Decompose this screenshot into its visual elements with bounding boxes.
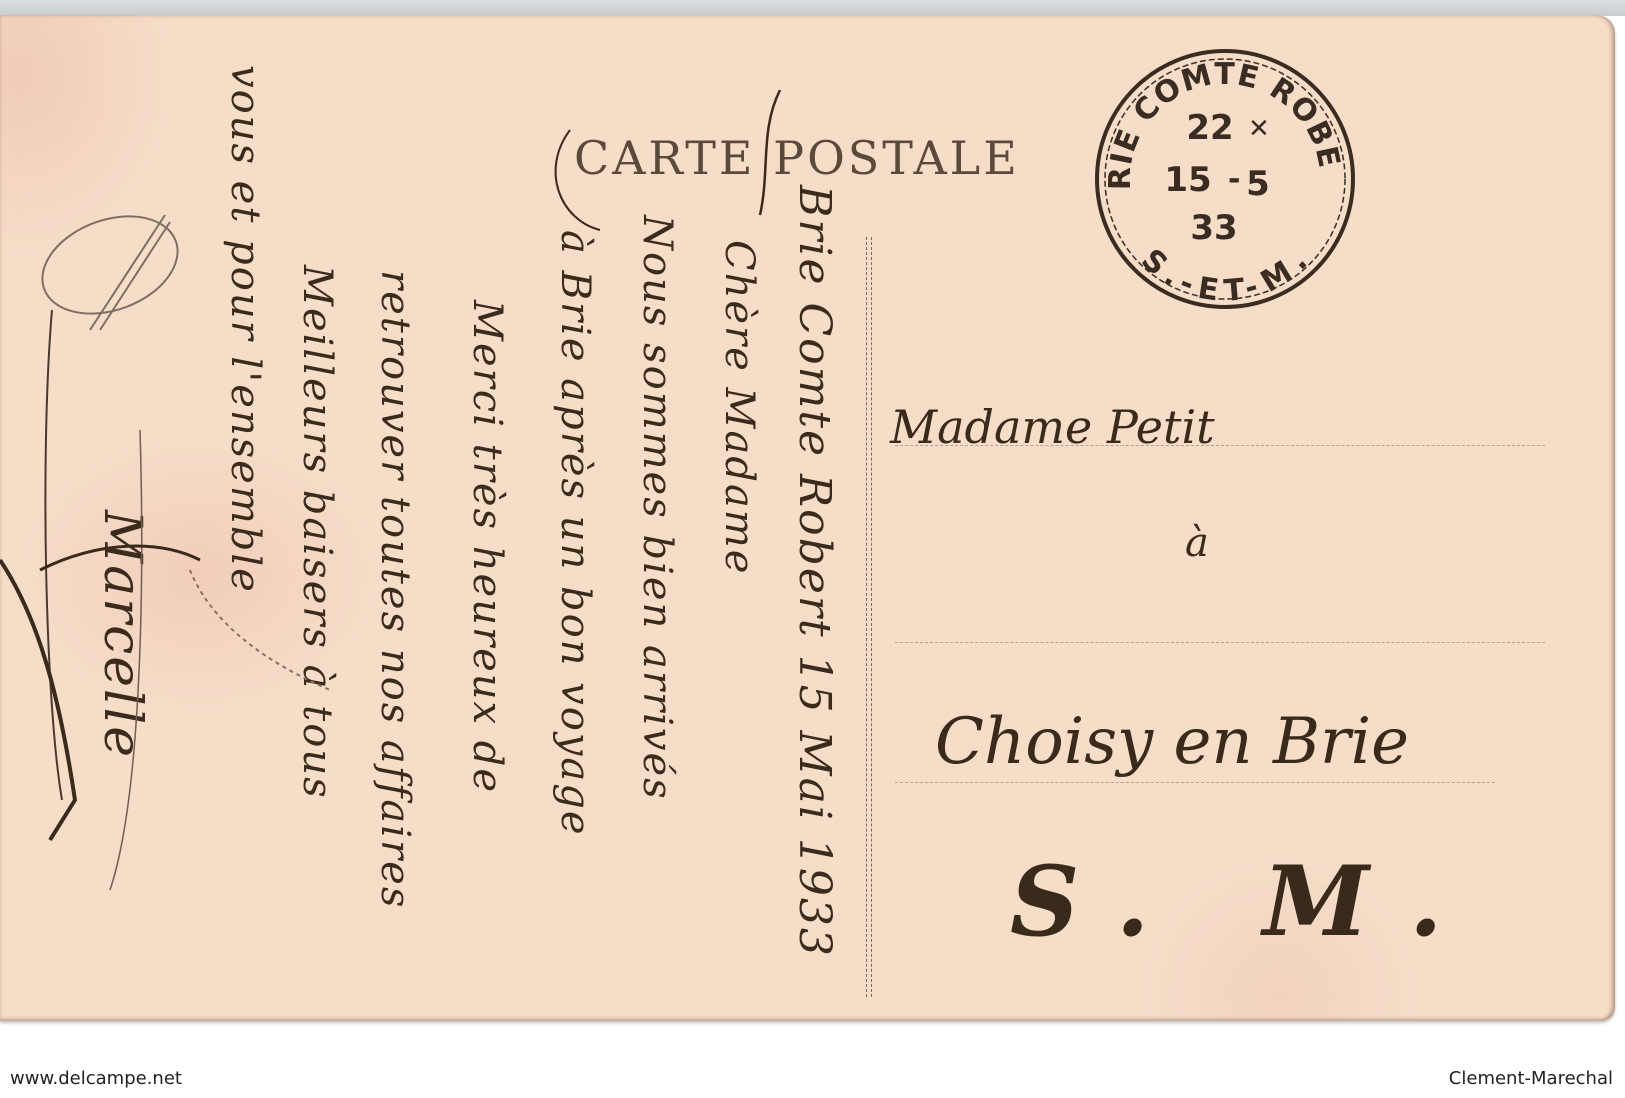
message-line: Chère Madame <box>716 240 762 575</box>
message-date-line: Brie Comte Robert 15 Mai 1933 <box>789 185 840 958</box>
message-line: à Brie après un bon voyage <box>552 230 598 837</box>
recipient-town: Choisy en Brie <box>935 705 1409 779</box>
postmark-year: 33 <box>1190 208 1237 248</box>
signature: Marcelle <box>92 510 152 759</box>
address-line <box>895 642 1545 643</box>
svg-text:✕: ✕ <box>1248 114 1270 144</box>
postmark-ring-bottom: S.-ET-M. <box>1134 242 1316 309</box>
message-line: Meilleurs baisers à tous <box>294 265 340 800</box>
source-watermark-left: www.delcampe.net <box>10 1068 182 1089</box>
message-line: vous et pour l'ensemble <box>222 65 268 594</box>
postmark-icon: BRIE COMTE ROBERT S.-ET-M. 22 ✕ 15 - 5 3… <box>1090 39 1360 309</box>
scanner-edge <box>0 0 1625 16</box>
recipient-department: S. M. <box>1010 845 1482 958</box>
source-watermark-right: Clement-Marechal <box>1449 1068 1613 1089</box>
address-line <box>895 782 1495 783</box>
postmark-day: 15 <box>1164 160 1211 200</box>
svg-text:S.-ET-M.: S.-ET-M. <box>1134 242 1316 309</box>
svg-text:-: - <box>1228 162 1240 197</box>
postmark-month: 5 <box>1246 164 1270 204</box>
printed-title: CARTE POSTALE <box>574 131 1020 185</box>
center-divider <box>866 237 872 997</box>
postmark-hour: 22 <box>1186 108 1233 148</box>
message-line: Nous sommes bien arrivés <box>634 215 680 801</box>
recipient-name: Madame Petit <box>890 400 1215 454</box>
message-line: retrouver toutes nos affaires <box>372 270 418 909</box>
postcard-back: CARTE POSTALE BRIE COMTE ROBERT S.-ET-M.… <box>0 15 1615 1021</box>
recipient-preposition: à <box>1185 520 1209 566</box>
message-line: Merci très heureux de <box>464 300 510 794</box>
